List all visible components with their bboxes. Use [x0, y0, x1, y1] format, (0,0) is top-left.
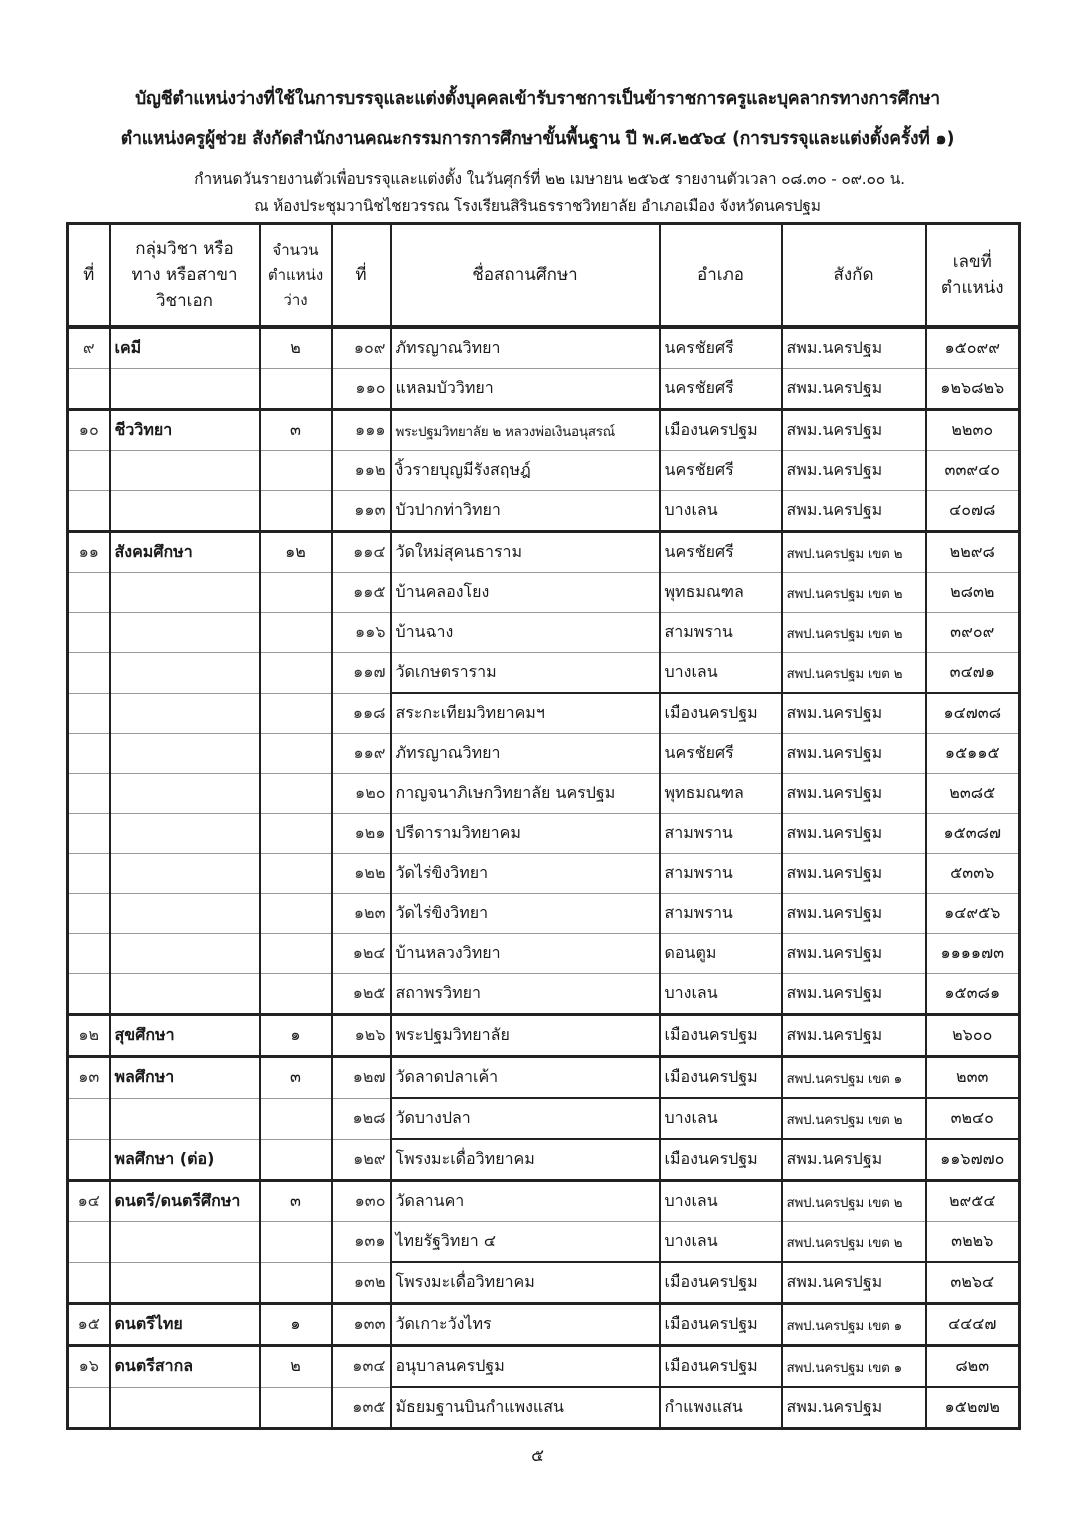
- row-position-number: ๒๖๐๐: [926, 1015, 1020, 1057]
- row-district: บางเลน: [660, 1222, 782, 1263]
- row-agency: สพป.นครปฐม เขต ๒: [782, 532, 926, 573]
- row-district: บางเลน: [660, 491, 782, 532]
- row-no: [68, 734, 110, 774]
- row-subject-group: [110, 693, 260, 734]
- row-vacancy-count: [260, 1222, 332, 1263]
- table-header-row: ที่ กลุ่มวิชา หรือ ทาง หรือสาขา วิชาเอก …: [68, 224, 1020, 328]
- row-vacancy-count: [260, 934, 332, 974]
- row-vacancy-count: [260, 451, 332, 491]
- table-row: ๑๑๕บ้านคลองโยงพุทธมณฑลสพป.นครปฐม เขต ๒๒๘…: [68, 573, 1020, 613]
- row-school-name: บ้านฉาง: [391, 613, 660, 653]
- vacancy-table: ที่ กลุ่มวิชา หรือ ทาง หรือสาขา วิชาเอก …: [66, 222, 1021, 1430]
- row-district: สามพราน: [660, 613, 782, 653]
- row-agency: สพม.นครปฐม: [782, 1262, 926, 1304]
- row-position-number: ๓๒๔๐: [926, 1098, 1020, 1139]
- row-subject-group: [110, 613, 260, 653]
- row-district: เมืองนครปฐม: [660, 1304, 782, 1346]
- row-position-number: ๓๒๒๖: [926, 1222, 1020, 1263]
- row-seq: ๑๓๕: [332, 1387, 391, 1429]
- row-no: [68, 491, 110, 532]
- row-subject-group: [110, 774, 260, 814]
- row-vacancy-count: [260, 1139, 332, 1181]
- table-row: ๑๒๔บ้านหลวงวิทยาดอนตูมสพม.นครปฐม๑๑๑๑๗๓: [68, 934, 1020, 974]
- row-seq: ๑๓๓: [332, 1304, 391, 1346]
- row-vacancy-count: [260, 693, 332, 734]
- row-district: เมืองนครปฐม: [660, 410, 782, 451]
- row-agency: สพม.นครปฐม: [782, 1015, 926, 1057]
- row-agency: สพม.นครปฐม: [782, 854, 926, 894]
- row-district: เมืองนครปฐม: [660, 1346, 782, 1388]
- row-district: สามพราน: [660, 814, 782, 854]
- row-no: [68, 934, 110, 974]
- table-row: ๑๒๒วัดไร่ขิงวิทยาสามพรานสพม.นครปฐม๕๓๓๖: [68, 854, 1020, 894]
- row-position-number: ๒๓๘๕: [926, 774, 1020, 814]
- row-agency: สพป.นครปฐม เขต ๑: [782, 1304, 926, 1346]
- row-no: [68, 451, 110, 491]
- col-header-agency: สังกัด: [782, 224, 926, 328]
- row-subject-group: [110, 734, 260, 774]
- row-district: เมืองนครปฐม: [660, 1262, 782, 1304]
- row-subject-group: [110, 974, 260, 1015]
- row-position-number: ๒๒๙๘: [926, 532, 1020, 573]
- table-row: ๑๐ชีววิทยา๓๑๑๑พระปฐมวิทยาลัย ๒ หลวงพ่อเง…: [68, 410, 1020, 451]
- row-district: บางเลน: [660, 1181, 782, 1222]
- row-position-number: ๑๑๖๗๗๐: [926, 1139, 1020, 1181]
- row-position-number: ๓๒๖๔: [926, 1262, 1020, 1304]
- row-school-name: โพรงมะเดื่อวิทยาคม: [391, 1262, 660, 1304]
- row-school-name: วัดเกาะวังไทร: [391, 1304, 660, 1346]
- row-position-number: ๓๔๗๑: [926, 653, 1020, 694]
- row-no: [68, 573, 110, 613]
- table-row: ๑๑สังคมศึกษา๑๒๑๑๔วัดใหม่สุคนธารามนครชัยศ…: [68, 532, 1020, 573]
- row-seq: ๑๑๓: [332, 491, 391, 532]
- row-position-number: ๑๒๖๘๒๖: [926, 369, 1020, 410]
- row-position-number: ๒๘๓๒: [926, 573, 1020, 613]
- row-school-name: ปรีดารามวิทยาคม: [391, 814, 660, 854]
- table-row: ๑๑๒งิ้วรายบุญมีรังสฤษฎ์นครชัยศรีสพม.นครป…: [68, 451, 1020, 491]
- row-seq: ๑๓๐: [332, 1181, 391, 1222]
- row-school-name: แหลมบัววิทยา: [391, 369, 660, 410]
- table-row: ๑๑๗วัดเกษตรารามบางเลนสพป.นครปฐม เขต ๒๓๔๗…: [68, 653, 1020, 694]
- row-district: เมืองนครปฐม: [660, 1015, 782, 1057]
- table-row: ๑๒๑ปรีดารามวิทยาคมสามพรานสพม.นครปฐม๑๕๓๘๗: [68, 814, 1020, 854]
- row-vacancy-count: [260, 653, 332, 694]
- row-agency: สพม.นครปฐม: [782, 369, 926, 410]
- row-subject-group: พลศึกษา: [110, 1057, 260, 1099]
- row-seq: ๑๑๒: [332, 451, 391, 491]
- row-subject-group: [110, 894, 260, 934]
- row-subject-group: [110, 491, 260, 532]
- document-title-line-1: บัญชีตำแหน่งว่างที่ใช้ในการบรรจุและแต่งต…: [0, 84, 1075, 112]
- row-position-number: ๑๔๙๕๖: [926, 894, 1020, 934]
- table-row: ๑๓๒โพรงมะเดื่อวิทยาคมเมืองนครปฐมสพม.นครป…: [68, 1262, 1020, 1304]
- row-seq: ๑๑๔: [332, 532, 391, 573]
- row-vacancy-count: [260, 734, 332, 774]
- row-vacancy-count: [260, 369, 332, 410]
- row-agency: สพม.นครปฐม: [782, 734, 926, 774]
- row-agency: สพม.นครปฐม: [782, 491, 926, 532]
- row-no: ๑๑: [68, 532, 110, 573]
- row-no: ๑๔: [68, 1181, 110, 1222]
- row-no: ๑๕: [68, 1304, 110, 1346]
- table-row: พลศึกษา (ต่อ)๑๒๙โพรงมะเดื่อวิทยาคมเมืองน…: [68, 1139, 1020, 1181]
- row-district: สามพราน: [660, 854, 782, 894]
- row-seq: ๑๑๙: [332, 734, 391, 774]
- row-vacancy-count: ๓: [260, 410, 332, 451]
- row-vacancy-count: [260, 491, 332, 532]
- row-subject-group: [110, 573, 260, 613]
- row-no: [68, 693, 110, 734]
- page-number: ๕: [0, 1442, 1075, 1469]
- row-no: [68, 974, 110, 1015]
- report-date-line: กำหนดวันรายงานตัวเพื่อบรรจุและแต่งตั้ง ใ…: [12, 166, 1075, 191]
- row-district: เมืองนครปฐม: [660, 1057, 782, 1099]
- row-agency: สพป.นครปฐม เขต ๒: [782, 613, 926, 653]
- report-location-line: ณ ห้องประชุมวานิชไชยวรรณ โรงเรียนสิรินธร…: [0, 193, 1075, 218]
- row-seq: ๑๒๐: [332, 774, 391, 814]
- row-vacancy-count: [260, 1387, 332, 1429]
- row-agency: สพม.นครปฐม: [782, 1139, 926, 1181]
- row-seq: ๑๐๙: [332, 327, 391, 369]
- table-row: ๑๑๙ภัทรญาณวิทยานครชัยศรีสพม.นครปฐม๑๕๑๑๕: [68, 734, 1020, 774]
- row-vacancy-count: [260, 894, 332, 934]
- row-position-number: ๑๕๑๑๕: [926, 734, 1020, 774]
- row-school-name: โพรงมะเดื่อวิทยาคม: [391, 1139, 660, 1181]
- row-subject-group: [110, 653, 260, 694]
- row-position-number: ๒๙๕๔: [926, 1181, 1020, 1222]
- table-row: ๑๑๓บัวปากท่าวิทยาบางเลนสพม.นครปฐม๔๐๗๘: [68, 491, 1020, 532]
- row-no: [68, 894, 110, 934]
- row-seq: ๑๒๕: [332, 974, 391, 1015]
- row-subject-group: [110, 1387, 260, 1429]
- row-no: [68, 854, 110, 894]
- col-header-count: จำนวน ตำแหน่ง ว่าง: [260, 224, 332, 328]
- row-agency: สพม.นครปฐม: [782, 451, 926, 491]
- table-row: ๑๓๑ไทยรัฐวิทยา ๔บางเลนสพป.นครปฐม เขต ๒๓๒…: [68, 1222, 1020, 1263]
- row-subject-group: [110, 1222, 260, 1263]
- table-row: ๑๒๘วัดบางปลาบางเลนสพป.นครปฐม เขต ๒๓๒๔๐: [68, 1098, 1020, 1139]
- row-agency: สพป.นครปฐม เขต ๒: [782, 573, 926, 613]
- table-row: ๑๑๐แหลมบัววิทยานครชัยศรีสพม.นครปฐม๑๒๖๘๒๖: [68, 369, 1020, 410]
- row-vacancy-count: ๑๒: [260, 532, 332, 573]
- row-no: [68, 1222, 110, 1263]
- row-no: ๙: [68, 327, 110, 369]
- row-school-name: กาญจนาภิเษกวิทยาลัย นครปฐม: [391, 774, 660, 814]
- row-seq: ๑๒๙: [332, 1139, 391, 1181]
- row-subject-group: สุขศึกษา: [110, 1015, 260, 1057]
- row-subject-group: ดนตรีไทย: [110, 1304, 260, 1346]
- row-district: เมืองนครปฐม: [660, 1139, 782, 1181]
- row-agency: สพป.นครปฐม เขต ๑: [782, 1057, 926, 1099]
- row-no: [68, 369, 110, 410]
- row-agency: สพม.นครปฐม: [782, 410, 926, 451]
- row-position-number: ๔๔๔๗: [926, 1304, 1020, 1346]
- row-position-number: ๑๕๓๘๑: [926, 974, 1020, 1015]
- row-no: [68, 1262, 110, 1304]
- row-school-name: วัดไร่ขิงวิทยา: [391, 854, 660, 894]
- row-agency: สพม.นครปฐม: [782, 1387, 926, 1429]
- row-school-name: งิ้วรายบุญมีรังสฤษฎ์: [391, 451, 660, 491]
- row-school-name: สถาพรวิทยา: [391, 974, 660, 1015]
- col-header-position: เลขที่ ตำแหน่ง: [926, 224, 1020, 328]
- row-school-name: วัดไร่ขิงวิทยา: [391, 894, 660, 934]
- row-school-name: ภัทรญาณวิทยา: [391, 327, 660, 369]
- row-school-name: วัดใหม่สุคนธาราม: [391, 532, 660, 573]
- row-agency: สพม.นครปฐม: [782, 934, 926, 974]
- row-no: [68, 613, 110, 653]
- row-vacancy-count: [260, 854, 332, 894]
- row-school-name: วัดลานคา: [391, 1181, 660, 1222]
- row-position-number: ๔๐๗๘: [926, 491, 1020, 532]
- row-school-name: ภัทรญาณวิทยา: [391, 734, 660, 774]
- table-row: ๑๓พลศึกษา๓๑๒๗วัดลาดปลาเค้าเมืองนครปฐมสพป…: [68, 1057, 1020, 1099]
- row-district: พุทธมณฑล: [660, 774, 782, 814]
- row-position-number: ๑๔๗๓๘: [926, 693, 1020, 734]
- col-header-school: ชื่อสถานศึกษา: [391, 224, 660, 328]
- row-district: บางเลน: [660, 1098, 782, 1139]
- row-subject-group: [110, 369, 260, 410]
- row-agency: สพม.นครปฐม: [782, 774, 926, 814]
- row-seq: ๑๓๑: [332, 1222, 391, 1263]
- row-agency: สพม.นครปฐม: [782, 327, 926, 369]
- row-seq: ๑๓๒: [332, 1262, 391, 1304]
- row-vacancy-count: ๓: [260, 1057, 332, 1099]
- row-vacancy-count: [260, 974, 332, 1015]
- table-row: ๙เคมี๒๑๐๙ภัทรญาณวิทยานครชัยศรีสพม.นครปฐม…: [68, 327, 1020, 369]
- row-district: พุทธมณฑล: [660, 573, 782, 613]
- row-school-name: วัดลาดปลาเค้า: [391, 1057, 660, 1099]
- row-subject-group: [110, 1098, 260, 1139]
- row-position-number: ๒๒๓๐: [926, 410, 1020, 451]
- row-seq: ๑๑๐: [332, 369, 391, 410]
- row-no: [68, 814, 110, 854]
- row-position-number: ๑๕๐๙๙: [926, 327, 1020, 369]
- row-position-number: ๘๒๓: [926, 1346, 1020, 1388]
- row-agency: สพป.นครปฐม เขต ๒: [782, 1222, 926, 1263]
- row-subject-group: ดนตรีสากล: [110, 1346, 260, 1388]
- row-seq: ๑๑๖: [332, 613, 391, 653]
- row-agency: สพป.นครปฐม เขต ๑: [782, 1346, 926, 1388]
- row-school-name: พระปฐมวิทยาลัย: [391, 1015, 660, 1057]
- row-no: ๑๐: [68, 410, 110, 451]
- row-school-name: บัวปากท่าวิทยา: [391, 491, 660, 532]
- col-header-group: กลุ่มวิชา หรือ ทาง หรือสาขา วิชาเอก: [110, 224, 260, 328]
- table-row: ๑๕ดนตรีไทย๑๑๓๓วัดเกาะวังไทรเมืองนครปฐมสพ…: [68, 1304, 1020, 1346]
- row-agency: สพม.นครปฐม: [782, 974, 926, 1015]
- document-title-line-2: ตำแหน่งครูผู้ช่วย สังกัดสำนักงานคณะกรรมก…: [0, 124, 1075, 152]
- col-header-district: อำเภอ: [660, 224, 782, 328]
- row-seq: ๑๑๕: [332, 573, 391, 613]
- row-district: นครชัยศรี: [660, 532, 782, 573]
- row-agency: สพป.นครปฐม เขต ๒: [782, 1181, 926, 1222]
- table-row: ๑๖ดนตรีสากล๒๑๓๔อนุบาลนครปฐมเมืองนครปฐมสพ…: [68, 1346, 1020, 1388]
- row-school-name: พระปฐมวิทยาลัย ๒ หลวงพ่อเงินอนุสรณ์: [391, 410, 660, 451]
- row-agency: สพป.นครปฐม เขต ๒: [782, 653, 926, 694]
- row-vacancy-count: [260, 814, 332, 854]
- row-seq: ๑๒๑: [332, 814, 391, 854]
- row-seq: ๑๒๖: [332, 1015, 391, 1057]
- row-school-name: บ้านคลองโยง: [391, 573, 660, 613]
- row-position-number: ๕๓๓๖: [926, 854, 1020, 894]
- row-seq: ๑๑๑: [332, 410, 391, 451]
- row-school-name: วัดเกษตราราม: [391, 653, 660, 694]
- row-vacancy-count: ๒: [260, 327, 332, 369]
- row-no: [68, 1387, 110, 1429]
- row-no: [68, 1098, 110, 1139]
- row-agency: สพม.นครปฐม: [782, 693, 926, 734]
- row-agency: สพม.นครปฐม: [782, 814, 926, 854]
- row-school-name: สระกะเทียมวิทยาคมฯ: [391, 693, 660, 734]
- row-school-name: มัธยมฐานบินกำแพงแสน: [391, 1387, 660, 1429]
- row-agency: สพม.นครปฐม: [782, 894, 926, 934]
- row-subject-group: ชีววิทยา: [110, 410, 260, 451]
- row-position-number: ๑๕๓๘๗: [926, 814, 1020, 854]
- row-position-number: ๑๑๑๑๗๓: [926, 934, 1020, 974]
- row-district: สามพราน: [660, 894, 782, 934]
- col-header-seq: ที่: [332, 224, 391, 328]
- row-position-number: ๓๙๐๙: [926, 613, 1020, 653]
- row-subject-group: [110, 451, 260, 491]
- row-vacancy-count: ๑: [260, 1015, 332, 1057]
- row-subject-group: พลศึกษา (ต่อ): [110, 1139, 260, 1181]
- row-district: กำแพงแสน: [660, 1387, 782, 1429]
- row-subject-group: สังคมศึกษา: [110, 532, 260, 573]
- row-seq: ๑๒๒: [332, 854, 391, 894]
- row-vacancy-count: [260, 573, 332, 613]
- row-vacancy-count: [260, 1262, 332, 1304]
- row-seq: ๑๑๗: [332, 653, 391, 694]
- row-vacancy-count: [260, 774, 332, 814]
- row-no: ๑๒: [68, 1015, 110, 1057]
- row-school-name: บ้านหลวงวิทยา: [391, 934, 660, 974]
- row-district: ดอนตูม: [660, 934, 782, 974]
- row-school-name: อนุบาลนครปฐม: [391, 1346, 660, 1388]
- row-subject-group: ดนตรี/ดนตรีศึกษา: [110, 1181, 260, 1222]
- table-row: ๑๒สุขศึกษา๑๑๒๖พระปฐมวิทยาลัยเมืองนครปฐมส…: [68, 1015, 1020, 1057]
- row-district: เมืองนครปฐม: [660, 693, 782, 734]
- table-row: ๑๒๕สถาพรวิทยาบางเลนสพม.นครปฐม๑๕๓๘๑: [68, 974, 1020, 1015]
- table-row: ๑๔ดนตรี/ดนตรีศึกษา๓๑๓๐วัดลานคาบางเลนสพป.…: [68, 1181, 1020, 1222]
- row-school-name: ไทยรัฐวิทยา ๔: [391, 1222, 660, 1263]
- col-header-no: ที่: [68, 224, 110, 328]
- row-subject-group: เคมี: [110, 327, 260, 369]
- row-position-number: ๒๓๓: [926, 1057, 1020, 1099]
- table-row: ๑๑๘สระกะเทียมวิทยาคมฯเมืองนครปฐมสพม.นครป…: [68, 693, 1020, 734]
- row-subject-group: [110, 934, 260, 974]
- row-seq: ๑๒๔: [332, 934, 391, 974]
- row-no: ๑๖: [68, 1346, 110, 1388]
- row-position-number: ๑๕๒๗๒: [926, 1387, 1020, 1429]
- row-seq: ๑๒๘: [332, 1098, 391, 1139]
- row-vacancy-count: ๑: [260, 1304, 332, 1346]
- row-no: ๑๓: [68, 1057, 110, 1099]
- row-school-name: วัดบางปลา: [391, 1098, 660, 1139]
- row-district: บางเลน: [660, 974, 782, 1015]
- row-vacancy-count: [260, 1098, 332, 1139]
- row-no: [68, 653, 110, 694]
- row-district: บางเลน: [660, 653, 782, 694]
- table-row: ๑๒๐กาญจนาภิเษกวิทยาลัย นครปฐมพุทธมณฑลสพม…: [68, 774, 1020, 814]
- row-agency: สพป.นครปฐม เขต ๒: [782, 1098, 926, 1139]
- row-district: นครชัยศรี: [660, 369, 782, 410]
- row-vacancy-count: ๓: [260, 1181, 332, 1222]
- row-seq: ๑๒๓: [332, 894, 391, 934]
- row-district: นครชัยศรี: [660, 327, 782, 369]
- row-seq: ๑๑๘: [332, 693, 391, 734]
- row-seq: ๑๒๗: [332, 1057, 391, 1099]
- row-no: [68, 774, 110, 814]
- row-seq: ๑๓๔: [332, 1346, 391, 1388]
- row-district: นครชัยศรี: [660, 451, 782, 491]
- row-no: [68, 1139, 110, 1181]
- row-subject-group: [110, 814, 260, 854]
- table-row: ๑๒๓วัดไร่ขิงวิทยาสามพรานสพม.นครปฐม๑๔๙๕๖: [68, 894, 1020, 934]
- row-vacancy-count: [260, 613, 332, 653]
- row-subject-group: [110, 854, 260, 894]
- row-district: นครชัยศรี: [660, 734, 782, 774]
- row-subject-group: [110, 1262, 260, 1304]
- table-row: ๑๑๖บ้านฉางสามพรานสพป.นครปฐม เขต ๒๓๙๐๙: [68, 613, 1020, 653]
- table-row: ๑๓๕มัธยมฐานบินกำแพงแสนกำแพงแสนสพม.นครปฐม…: [68, 1387, 1020, 1429]
- row-position-number: ๓๓๙๔๐: [926, 451, 1020, 491]
- row-vacancy-count: ๒: [260, 1346, 332, 1388]
